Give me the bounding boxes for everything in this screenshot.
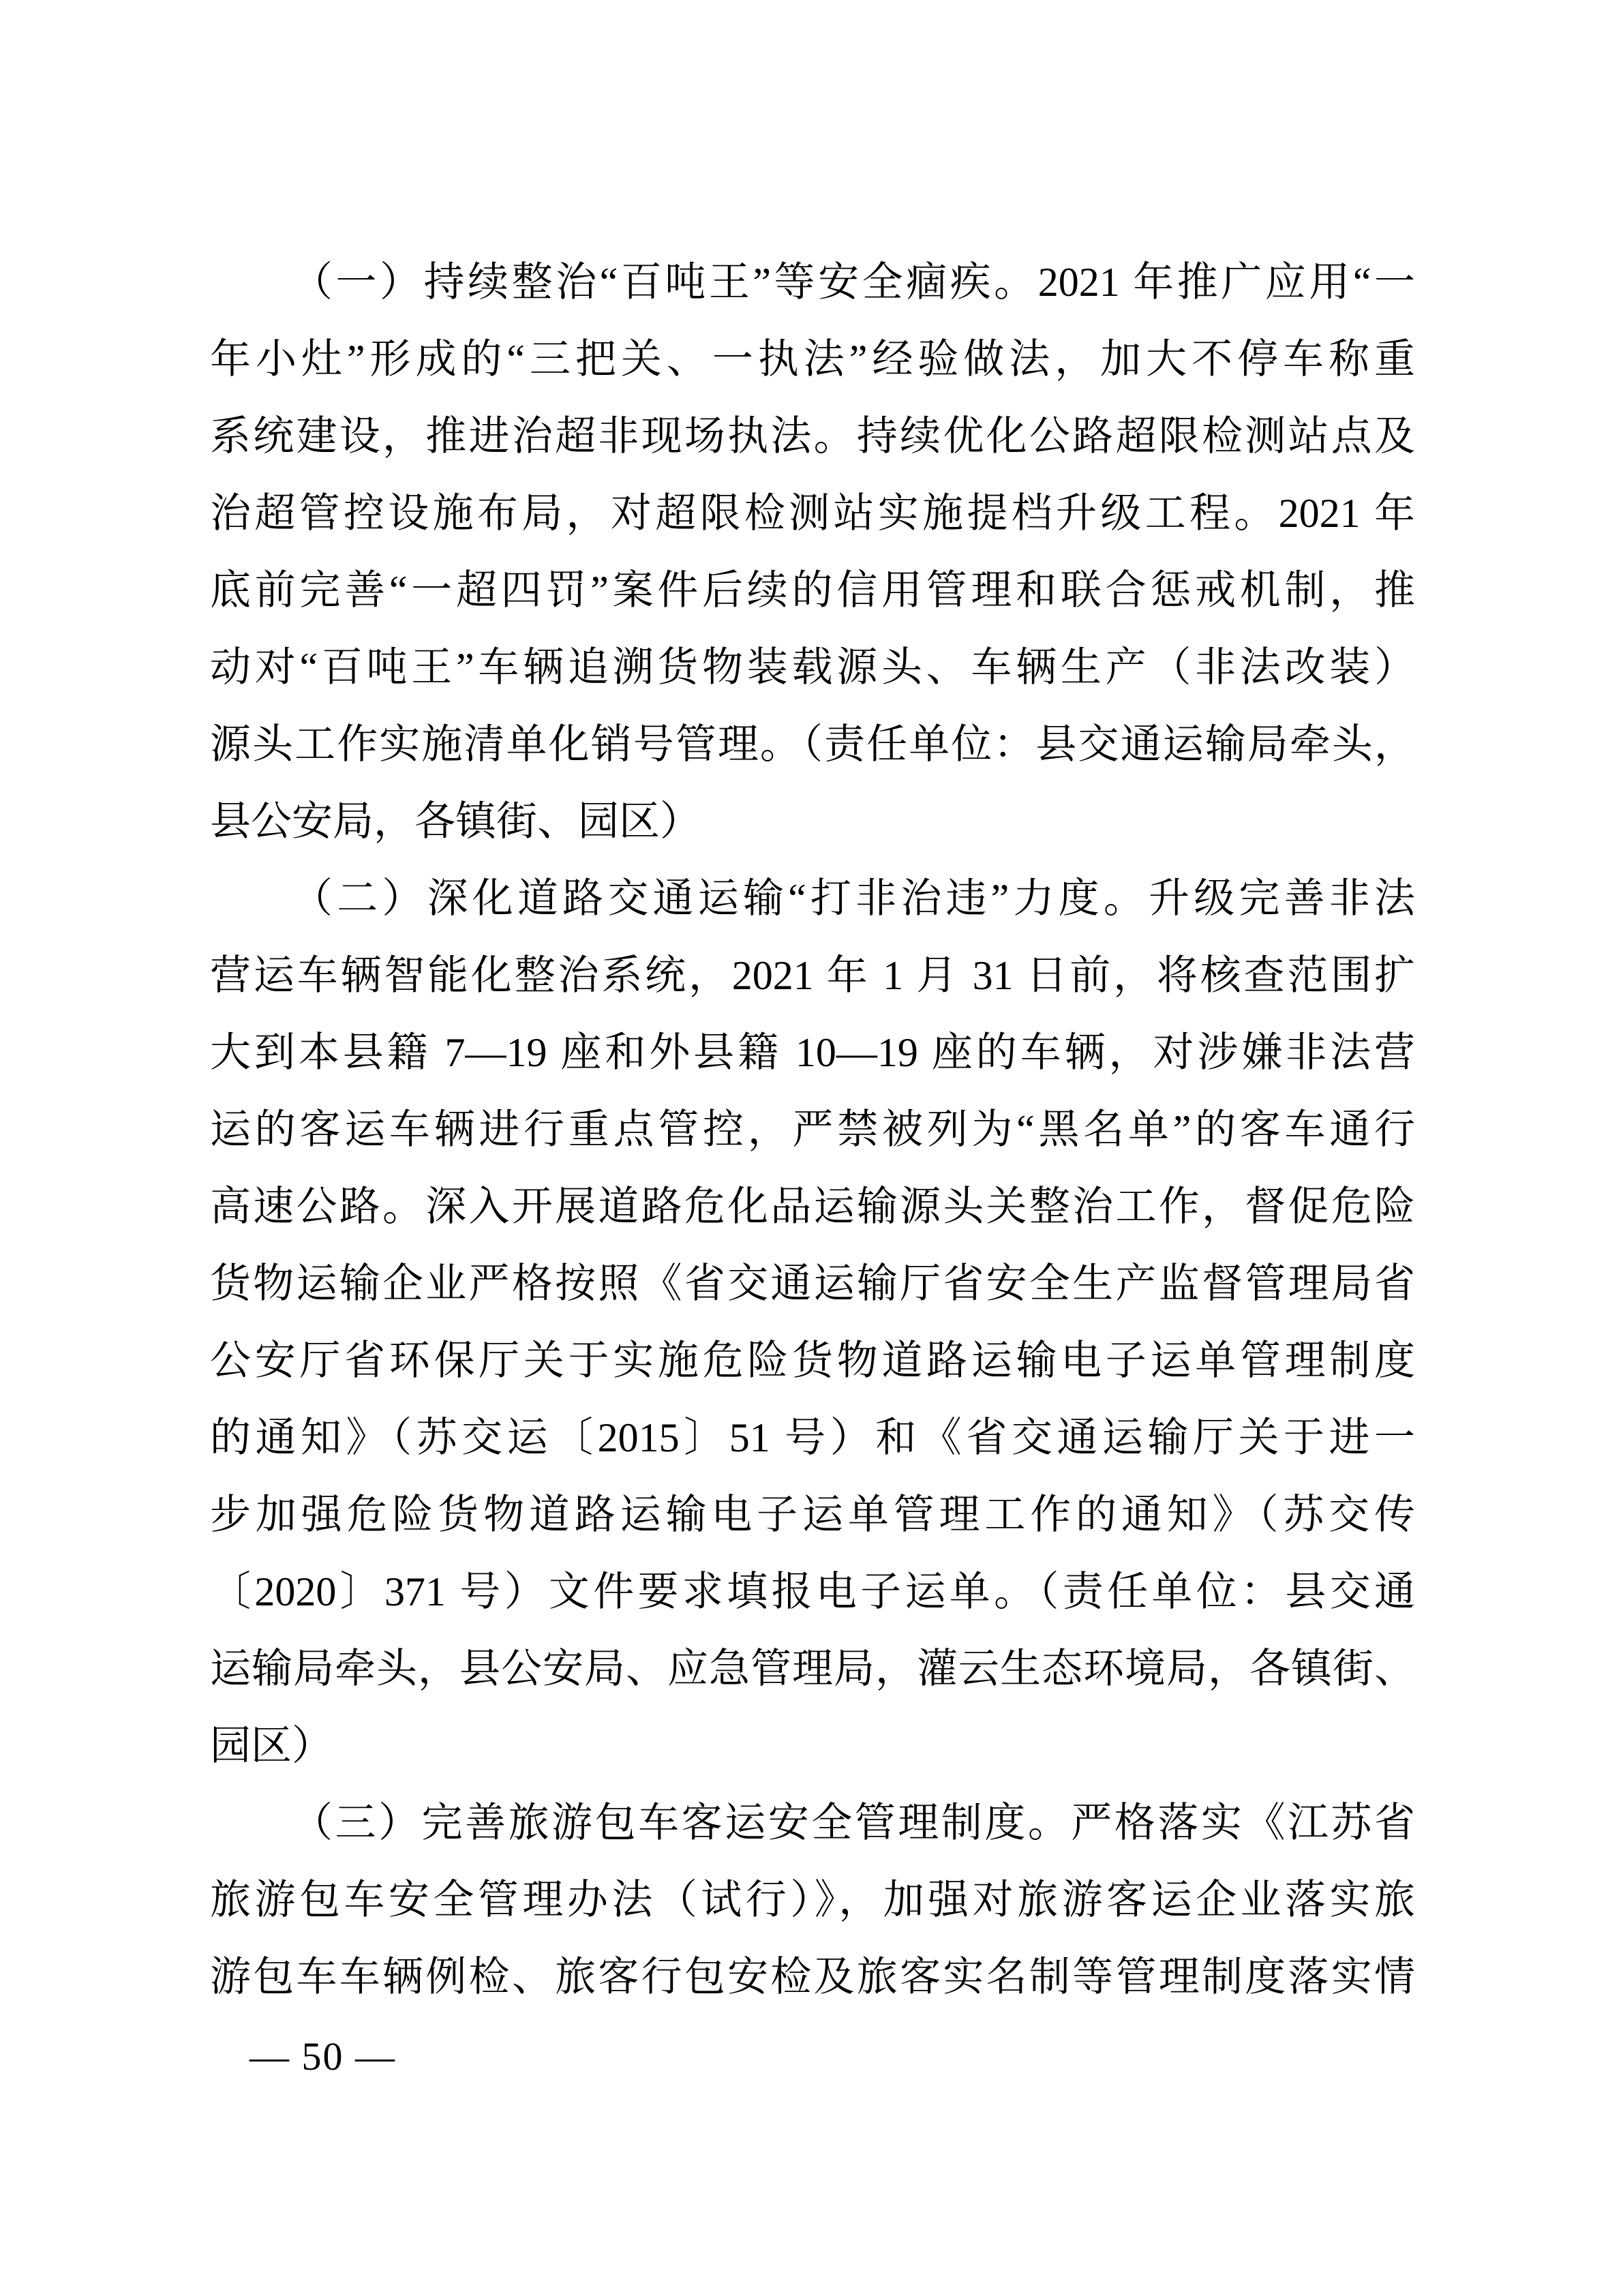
text-line: 游包车车辆例检、旅客行包安检及旅客实名制等管理制度落实情: [210, 1939, 1415, 2016]
text-line: 底前完善“一超四罚”案件后续的信用管理和联合惩戒机制，推: [210, 552, 1415, 629]
text-line: 源头工作实施清单化销号管理。（责任单位：县交通运输局牵头，: [210, 706, 1415, 783]
text-line: 的通知》（苏交运〔2015〕51 号）和《省交通运输厅关于进一: [210, 1400, 1415, 1477]
text-line: 营运车辆智能化整治系统，2021 年 1 月 31 日前，将核查范围扩: [210, 937, 1415, 1014]
document-body: （一）持续整治“百吨王”等安全痼疾。2021 年推广应用“一 年小灶”形成的“三…: [210, 244, 1415, 2016]
text-line: 步加强危险货物道路运输电子运单管理工作的通知》（苏交传: [210, 1477, 1415, 1554]
text-line: 园区）: [210, 1708, 1415, 1785]
page-number: — 50 —: [249, 2036, 396, 2077]
text-line: 年小灶”形成的“三把关、一执法”经验做法，加大不停车称重: [210, 321, 1415, 398]
text-line: 治超管控设施布局，对超限检测站实施提档升级工程。2021 年: [210, 475, 1415, 552]
text-line: 货物运输企业严格按照《省交通运输厅省安全生产监督管理局省: [210, 1245, 1415, 1323]
text-line: 大到本县籍 7—19 座和外县籍 10—19 座的车辆，对涉嫌非法营: [210, 1014, 1415, 1091]
text-line: （一）持续整治“百吨王”等安全痼疾。2021 年推广应用“一: [210, 244, 1415, 321]
text-line: （二）深化道路交通运输“打非治违”力度。升级完善非法: [210, 860, 1415, 937]
text-line: 〔2020〕371 号）文件要求填报电子运单。（责任单位：县交通: [210, 1554, 1415, 1631]
text-line: 运的客运车辆进行重点管控，严禁被列为“黑名单”的客车通行: [210, 1091, 1415, 1168]
text-line: 高速公路。深入开展道路危化品运输源头关整治工作，督促危险: [210, 1168, 1415, 1245]
document-page: （一）持续整治“百吨王”等安全痼疾。2021 年推广应用“一 年小灶”形成的“三…: [0, 0, 1623, 2296]
text-line: 县公安局，各镇街、园区）: [210, 783, 1415, 860]
text-line: 系统建设，推进治超非现场执法。持续优化公路超限检测站点及: [210, 398, 1415, 475]
text-line: （三）完善旅游包车客运安全管理制度。严格落实《江苏省: [210, 1785, 1415, 1862]
text-line: 旅游包车安全管理办法（试行）》，加强对旅游客运企业落实旅: [210, 1862, 1415, 1939]
text-line: 动对“百吨王”车辆追溯货物装载源头、车辆生产（非法改装）: [210, 629, 1415, 706]
text-line: 运输局牵头，县公安局、应急管理局，灌云生态环境局，各镇街、: [210, 1631, 1415, 1708]
text-line: 公安厅省环保厅关于实施危险货物道路运输电子运单管理制度: [210, 1323, 1415, 1400]
